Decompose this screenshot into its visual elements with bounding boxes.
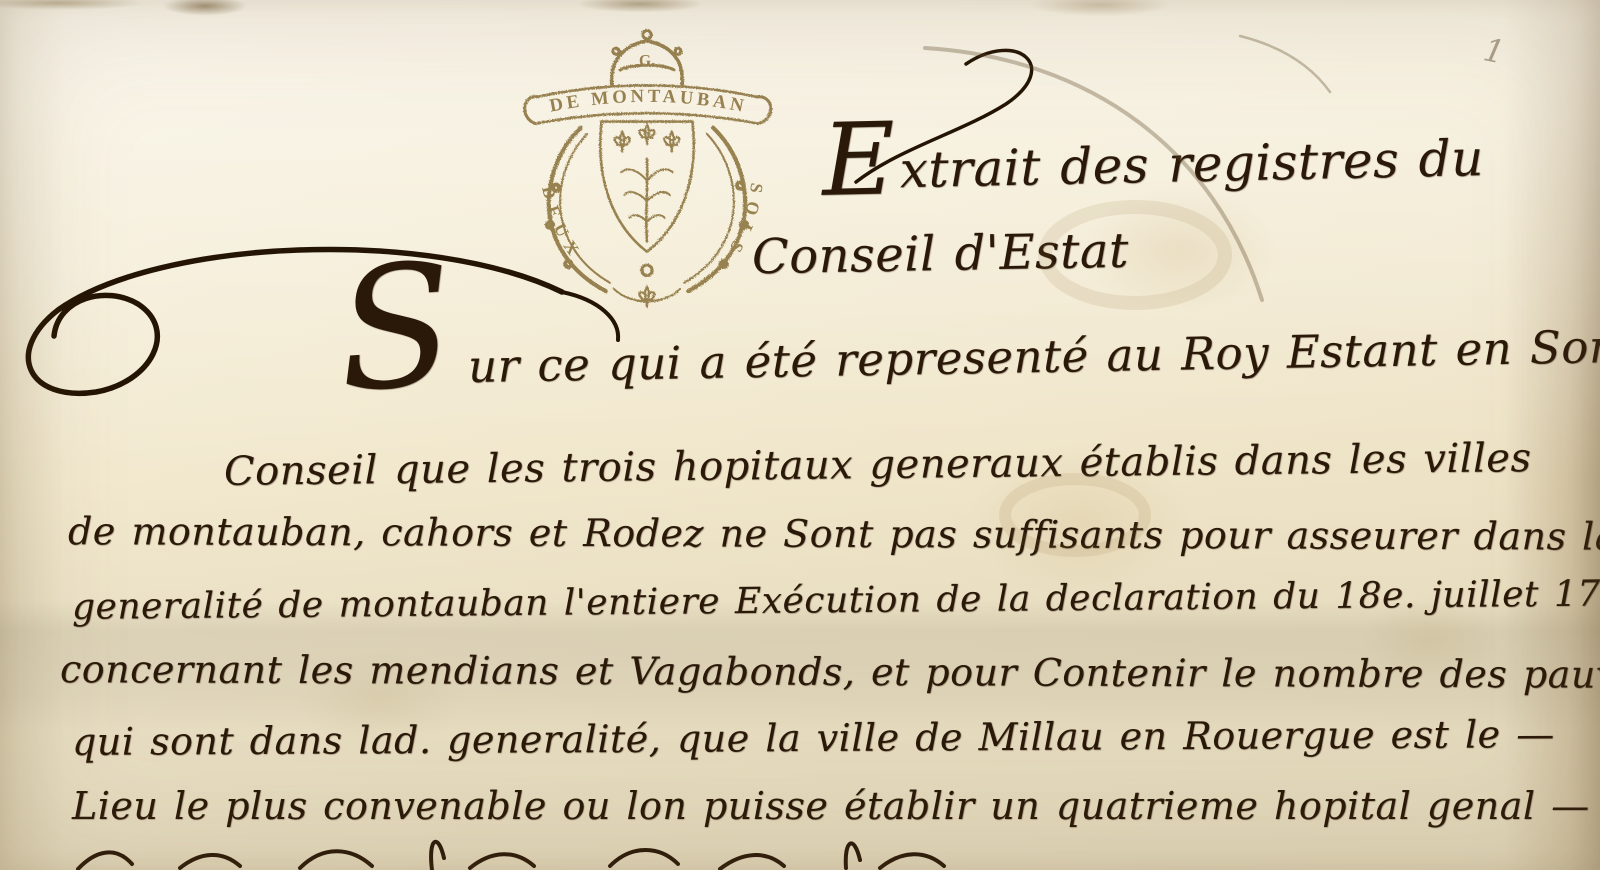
stamp-crown-letter: G.	[639, 53, 655, 70]
title-line1-text: xtrait des registres du	[899, 129, 1484, 199]
body-line-7: Lieu le plus convenable ou lon puisse ét…	[72, 784, 1590, 828]
document-subtitle: Conseil d'Estat	[752, 223, 1130, 286]
clipped-bottom-line	[78, 842, 944, 870]
body-line-6: qui sont dans lad. generalité, que la vi…	[72, 712, 1555, 764]
body-line-5: concernant les mendians et Vagabonds, et…	[60, 647, 1600, 697]
body-line-2: Conseil que les trois hopitaux generaux …	[224, 435, 1532, 495]
folio-number: 1	[1480, 30, 1508, 71]
stamp-shield	[600, 122, 693, 252]
document-title: Extrait des registres du	[821, 111, 1484, 201]
manuscript-page: G. DE MONTAUBAN DEUX SOLS 1 Extrait des …	[0, 0, 1600, 870]
title-drop-cap: E	[821, 129, 896, 191]
body-line-4: generalité de montauban l'entiere Exécut…	[72, 573, 1600, 628]
body-line-3: de montauban, cahors et Rodez ne Sont pa…	[68, 509, 1600, 559]
body-line-1: ur ce qui a été representé au Roy Estant…	[468, 320, 1600, 393]
stamp-pendant	[614, 265, 680, 306]
body-drop-cap: S	[333, 244, 459, 412]
